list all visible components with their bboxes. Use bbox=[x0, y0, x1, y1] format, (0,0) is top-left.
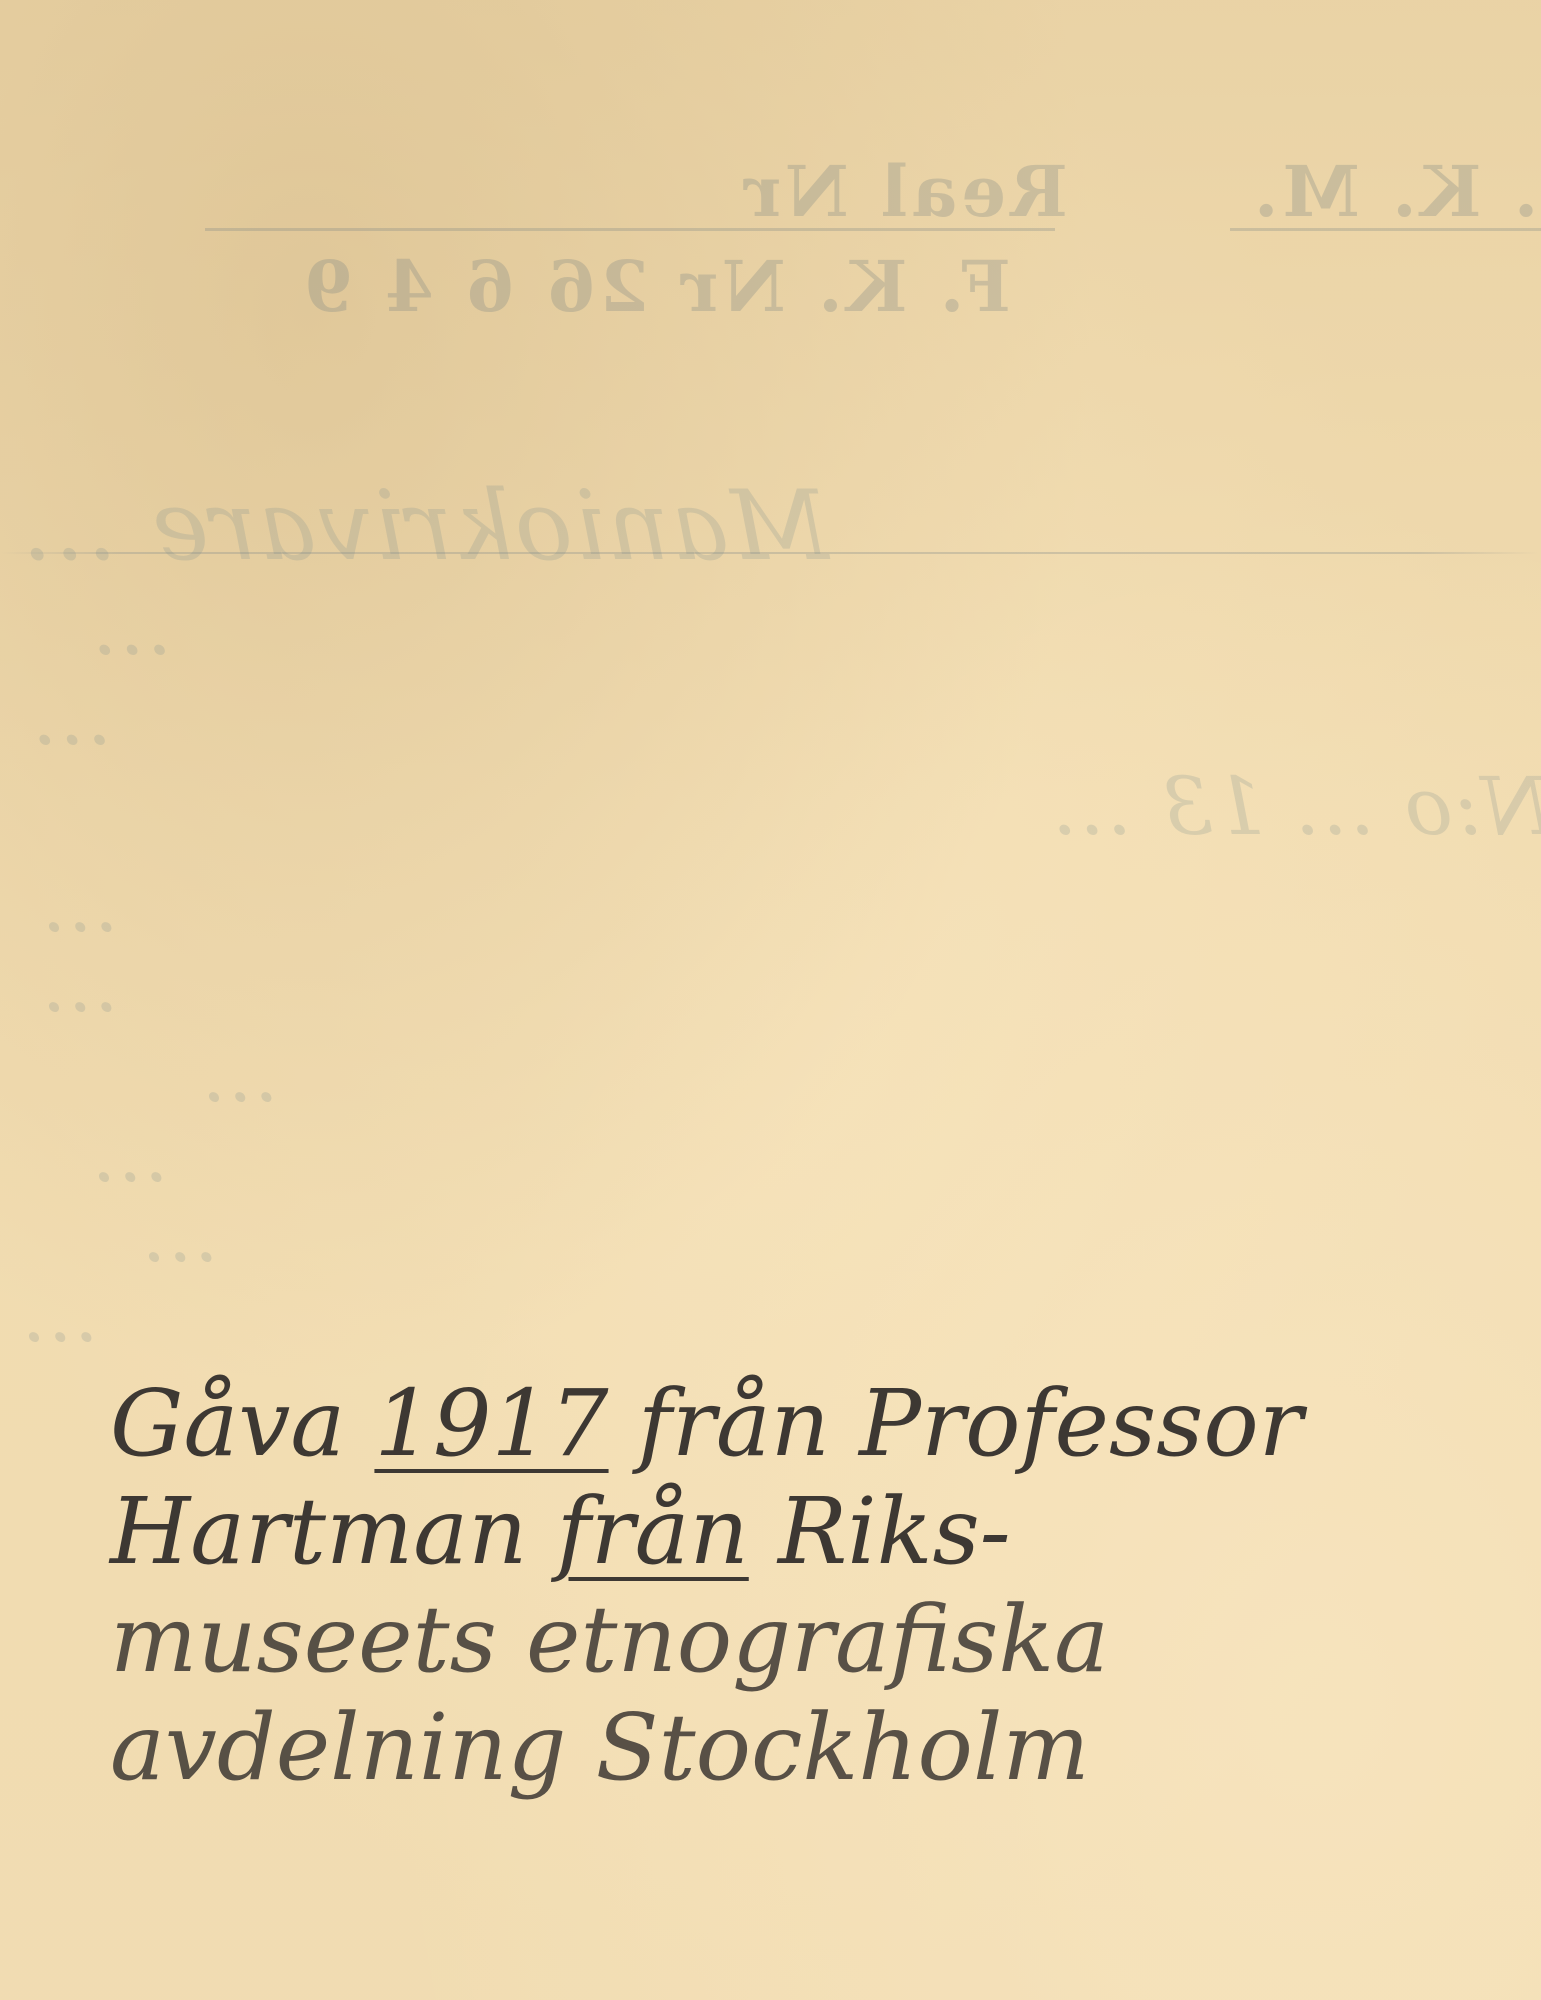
show-through-line-1: Maniokrivare ... bbox=[20, 470, 829, 582]
document-sheet: L. K. M. Real Nr F. K. Nr 26 6 4 9 Manio… bbox=[0, 0, 1541, 2000]
annotation-text: museets etnografiska bbox=[110, 1586, 1109, 1693]
ghost-text: ... bbox=[40, 940, 118, 1029]
header-rule bbox=[205, 228, 1055, 231]
annotation-underlined-word: från bbox=[557, 1478, 749, 1585]
annotation-line-4: avdelning Stockholm bbox=[110, 1694, 1510, 1802]
ghost-text: ... bbox=[140, 1190, 218, 1279]
annotation-year: 1917 bbox=[374, 1370, 608, 1477]
show-through-header-fknr: F. K. Nr 26 6 4 9 bbox=[300, 245, 1011, 328]
show-through-header-lkm: L. K. M. bbox=[1250, 150, 1541, 233]
show-through-line-9: ... bbox=[140, 1190, 218, 1279]
ghost-text: Maniokrivare ... bbox=[20, 470, 829, 582]
annotation-text: avdelning Stockholm bbox=[110, 1694, 1090, 1801]
show-through-line-5: ... bbox=[40, 860, 118, 949]
show-through-line-6: ... bbox=[40, 940, 118, 1029]
ghost-text: ... bbox=[30, 670, 112, 763]
annotation-text: Hartman bbox=[110, 1478, 557, 1585]
annotation-text: Gåva bbox=[110, 1370, 374, 1477]
show-through-line-7: ... bbox=[200, 1030, 278, 1119]
show-through-line-2: ... bbox=[90, 580, 172, 673]
ghost-text: ... bbox=[20, 1270, 98, 1359]
show-through-line-8: ... bbox=[90, 1110, 168, 1199]
ghost-text: ... bbox=[90, 1110, 168, 1199]
annotation-text: från Professor bbox=[609, 1370, 1303, 1477]
show-through-line-3: ... bbox=[30, 670, 112, 763]
show-through-line-4: N:o ... 13 ... bbox=[1050, 760, 1541, 853]
header-fknr-text: F. K. Nr 26 6 4 9 bbox=[300, 245, 1011, 328]
show-through-header-realnr: Real Nr bbox=[740, 150, 1068, 233]
ghost-text: N:o ... 13 ... bbox=[1050, 760, 1541, 853]
ghost-text: ... bbox=[40, 860, 118, 949]
annotation-text: Riks- bbox=[749, 1478, 1011, 1585]
annotation-line-3: museets etnografiska bbox=[110, 1586, 1510, 1694]
annotation-line-1: Gåva 1917 från Professor bbox=[110, 1370, 1510, 1478]
header-realnr-text: Real Nr bbox=[740, 150, 1068, 233]
annotation-line-2: Hartman från Riks- bbox=[110, 1478, 1510, 1586]
handwritten-annotation: Gåva 1917 från Professor Hartman från Ri… bbox=[110, 1370, 1510, 1802]
ghost-text: ... bbox=[200, 1030, 278, 1119]
ghost-text: ... bbox=[90, 580, 172, 673]
show-through-line-10: ... bbox=[20, 1270, 98, 1359]
header-rule-right bbox=[1230, 228, 1541, 231]
header-lkm-text: L. K. M. bbox=[1250, 150, 1541, 233]
